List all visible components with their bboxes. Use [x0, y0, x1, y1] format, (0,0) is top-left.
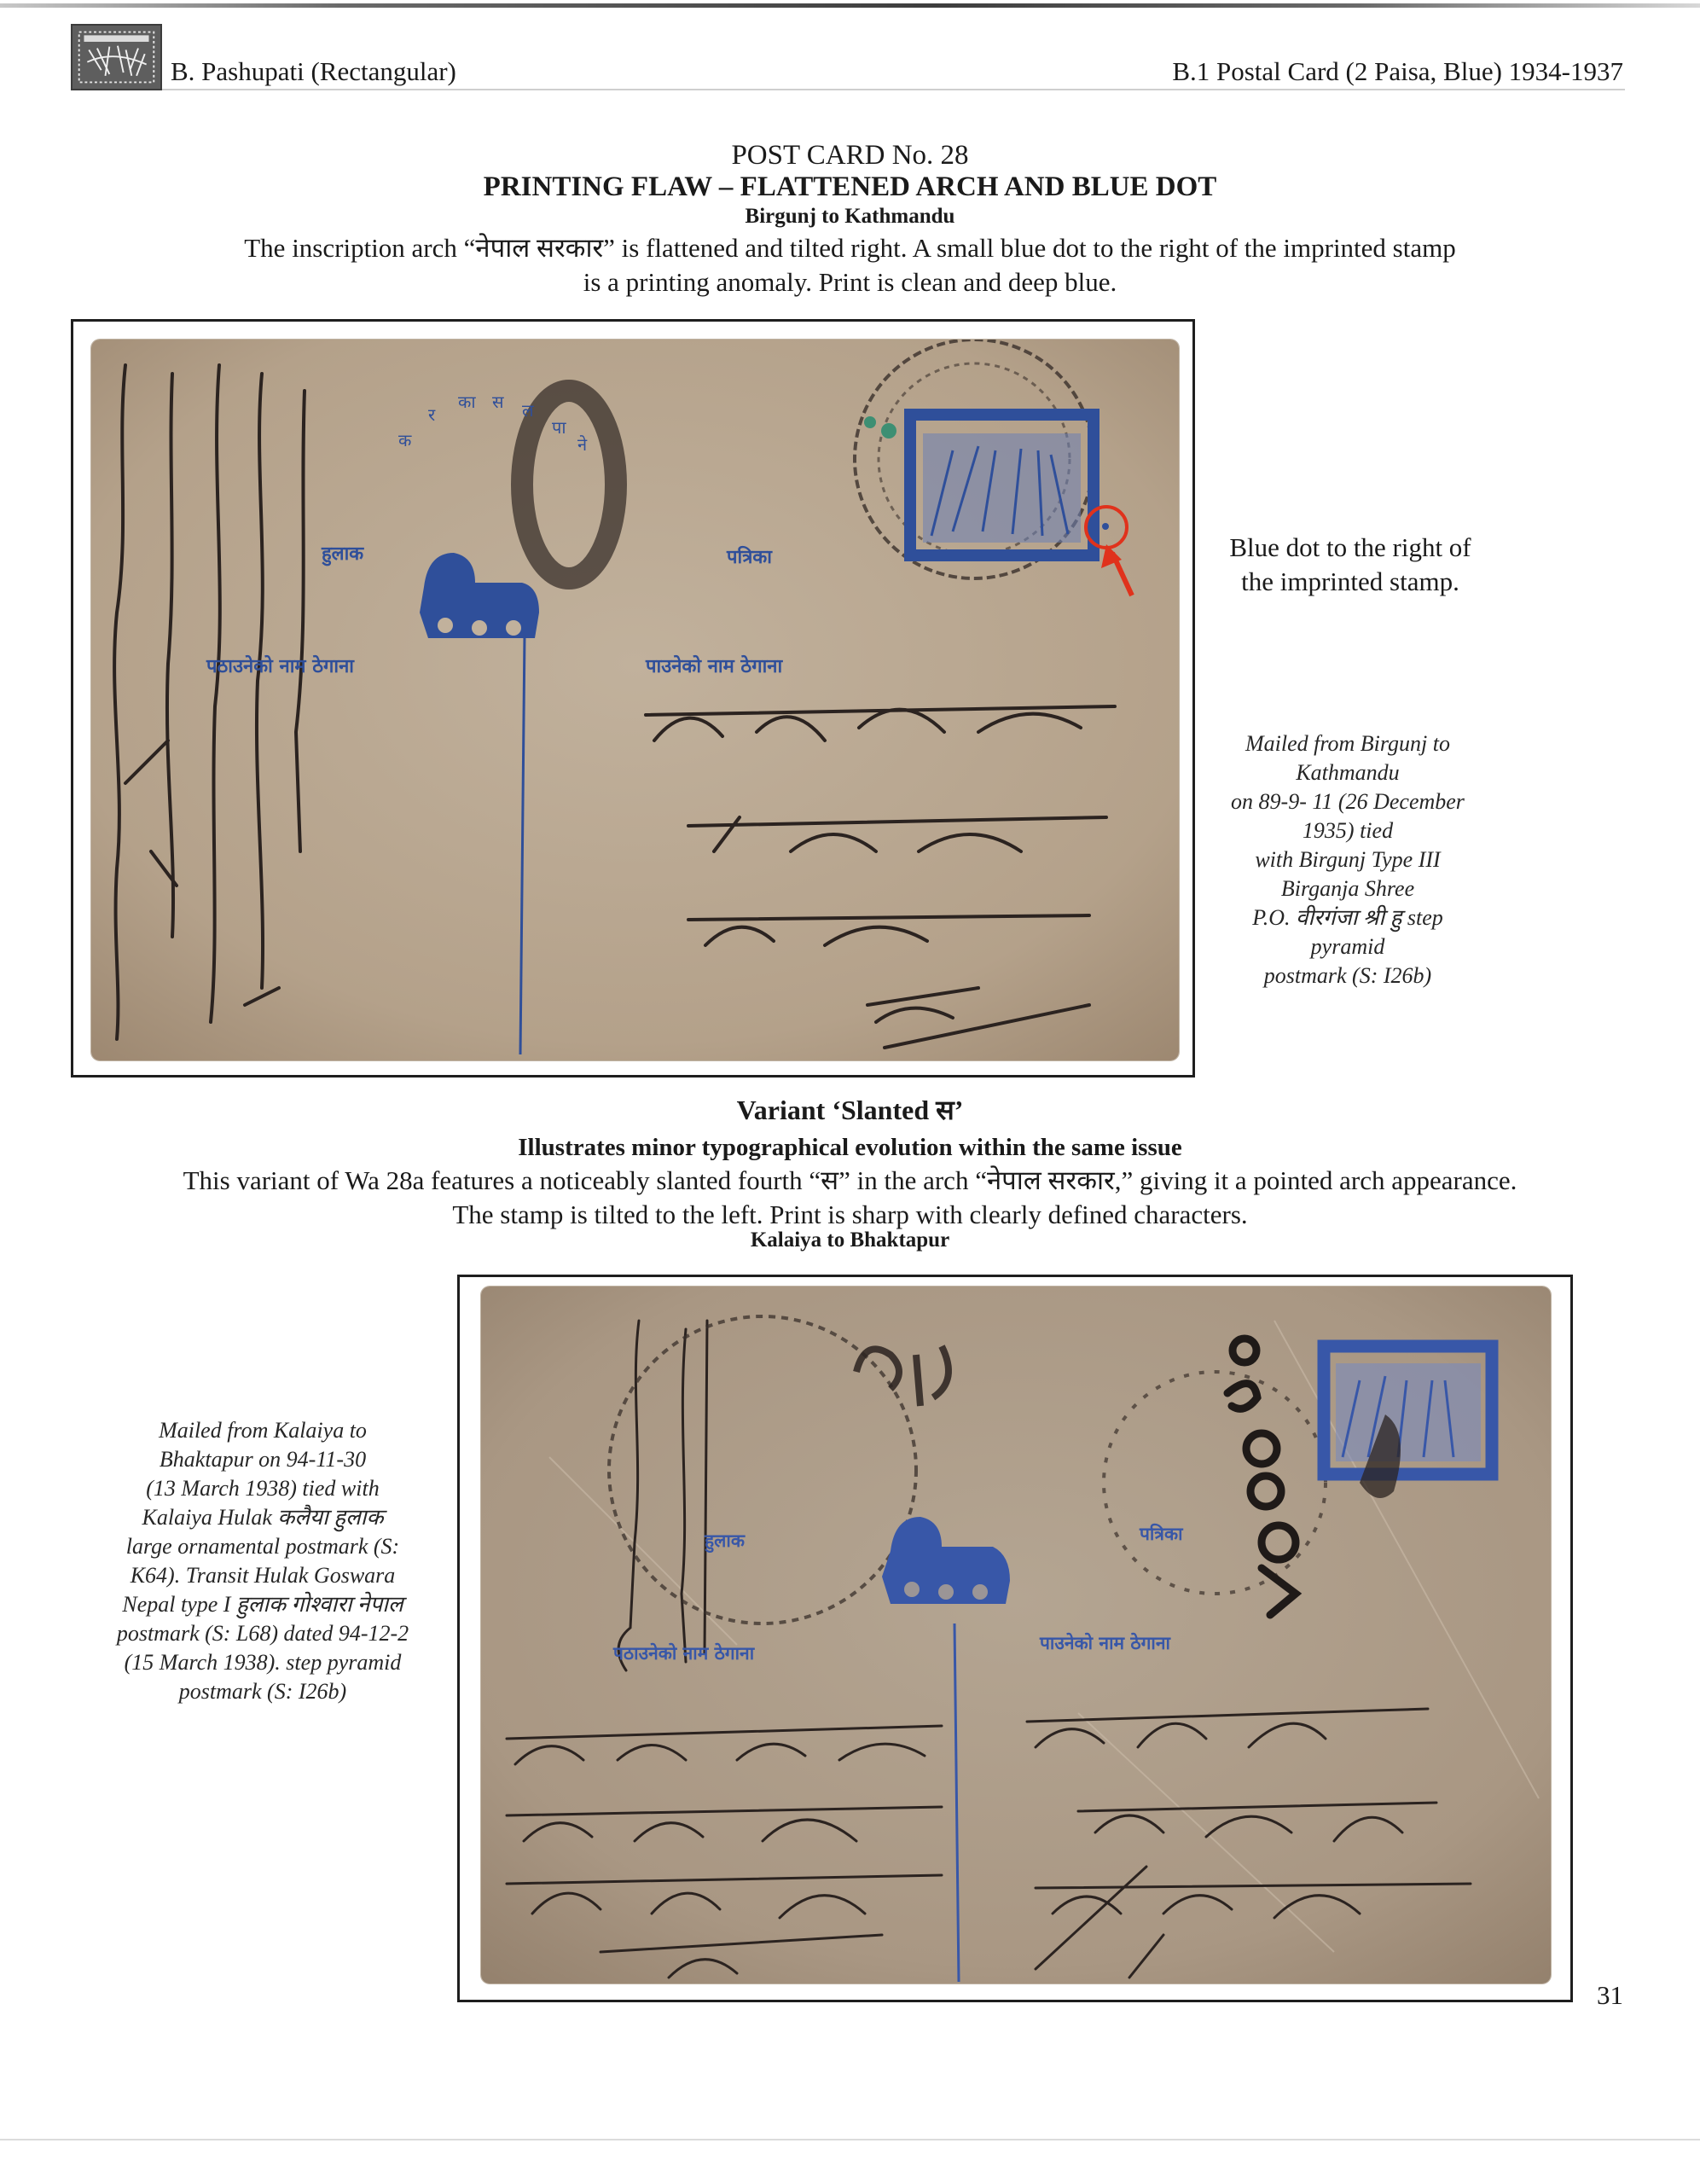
sender-label: पठाउनेको नाम ठेगाना	[612, 1642, 756, 1664]
issue-header-title: B.1 Postal Card (2 Paisa, Blue) 1934-193…	[1172, 55, 1623, 89]
caption-line: postmark (S: I26b)	[1220, 961, 1476, 990]
svg-text:र: र	[428, 404, 436, 425]
description-line: is a printing anomaly. Print is clean an…	[0, 265, 1700, 299]
printing-flaw-subtitle: PRINTING FLAW – FLATTENED ARCH AND BLUE …	[0, 170, 1700, 204]
receiver-label: पाउनेको नाम ठेगाना	[1039, 1632, 1171, 1653]
postcard-1-caption: Mailed from Birgunj to Kathmandu on 89-9…	[1220, 729, 1476, 990]
caption-line: Nepal type I हुलाक गोश्वारा नेपाल	[92, 1590, 433, 1619]
postcard-title: POST CARD No. 28	[0, 138, 1700, 172]
caption-line: P.O. वीरगंजा श्री हु step pyramid	[1220, 903, 1476, 961]
caption-line: on 89-9- 11 (26 December 1935) tied	[1220, 787, 1476, 845]
caption-line: with Birgunj Type III Birganja Shree	[1220, 845, 1476, 903]
svg-text:क: क	[398, 430, 412, 450]
variant-subtitle: Illustrates minor typographical evolutio…	[0, 1131, 1700, 1164]
caption-line: Mailed from Kalaiya to	[92, 1416, 433, 1445]
description-line: This variant of Wa 28a features a notice…	[0, 1164, 1700, 1198]
bottom-rule	[0, 2139, 1700, 2140]
section-header-title: B. Pashupati (Rectangular)	[171, 55, 456, 89]
flaw-description: The inscription arch “नेपाल सरकार” is fl…	[0, 231, 1700, 299]
header-underline	[162, 89, 1625, 90]
svg-text:का: का	[458, 392, 476, 412]
top-rule	[0, 3, 1700, 8]
route-label: Birgunj to Kathmandu	[0, 203, 1700, 230]
caption-line: Kalaiya Hulak कलैया हुलाक	[92, 1503, 433, 1532]
postcard-2-caption: Mailed from Kalaiya to Bhaktapur on 94-1…	[92, 1416, 433, 1706]
sender-label: पठाउनेको नाम ठेगाना	[206, 654, 355, 677]
postcard-2-image: हुलाक पत्रिका पठाउनेको नाम ठेगाना पाउनेक…	[481, 1287, 1551, 1984]
hulak-label: हुलाक	[704, 1531, 746, 1554]
caption-line: Bhaktapur on 94-11-30	[92, 1445, 433, 1474]
caption-line: postmark (S: I26b)	[92, 1677, 433, 1706]
patrika-label: पत्रिका	[726, 545, 773, 568]
description-line: The inscription arch “नेपाल सरकार” is fl…	[0, 231, 1700, 265]
page-number: 31	[1597, 1979, 1623, 2012]
postcard-1-image: करका सलपा ने हुलाक पत्रिका पठाउनेको नाम …	[91, 340, 1179, 1060]
caption-line: large ornamental postmark (S:	[92, 1532, 433, 1561]
note-line: the imprinted stamp.	[1210, 565, 1491, 599]
svg-text:ल: ल	[522, 400, 534, 421]
variant-description: This variant of Wa 28a features a notice…	[0, 1164, 1700, 1232]
svg-text:पा: पा	[552, 417, 566, 438]
receiver-label: पाउनेको नाम ठेगाना	[645, 654, 784, 677]
patrika-label: पत्रिका	[1139, 1523, 1184, 1544]
pashupati-stamp-thumbnail-icon	[71, 24, 162, 90]
hulak-label: हुलाक	[321, 543, 364, 566]
caption-line: Mailed from Birgunj to Kathmandu	[1220, 729, 1476, 787]
caption-line: K64). Transit Hulak Goswara	[92, 1561, 433, 1590]
variant-title: Variant ‘Slanted स’	[0, 1093, 1700, 1127]
caption-line: (13 March 1938) tied with	[92, 1474, 433, 1503]
variant-route-label: Kalaiya to Bhaktapur	[0, 1227, 1700, 1254]
note-line: Blue dot to the right of	[1210, 531, 1491, 565]
caption-line: postmark (S: L68) dated 94-12-2	[92, 1619, 433, 1648]
svg-text:स: स	[492, 392, 504, 412]
caption-line: (15 March 1938). step pyramid	[92, 1648, 433, 1677]
blue-dot-note: Blue dot to the right of the imprinted s…	[1210, 531, 1491, 599]
svg-text:ने: ने	[577, 434, 588, 455]
